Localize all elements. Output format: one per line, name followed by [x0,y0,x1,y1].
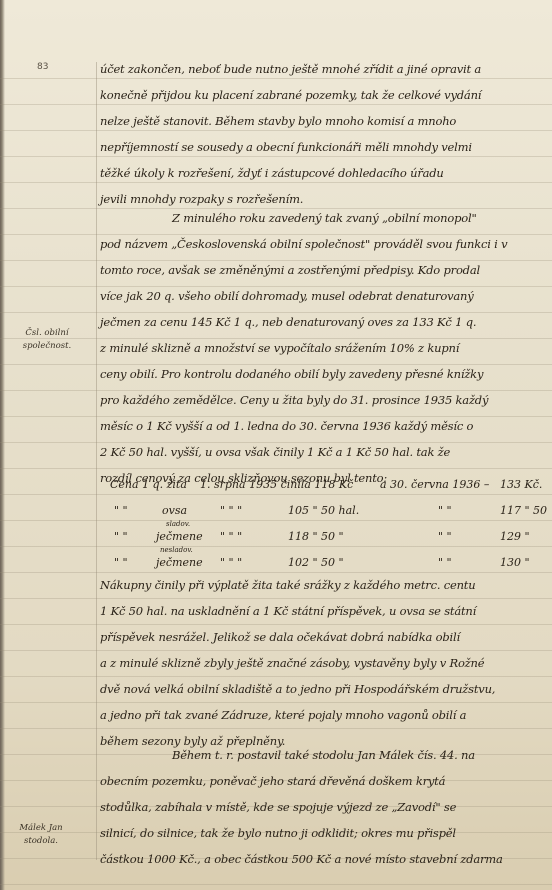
row-note: nesladov. [160,546,193,554]
table-row: Cena 1 q. žita 1. srpna 1935 činila 118 … [100,472,552,498]
text-line: dvě nová velká obilní skladiště a to jed… [100,676,545,702]
text-line: a z minulé sklizně zbyly ještě značné zá… [100,650,545,676]
text-line: Z minulého roku zavedený tak zvaný „obil… [100,205,545,231]
text-line: účet zakončen, neboť bude nutno ještě mn… [100,56,545,82]
row-to-price: 130 " [500,556,530,569]
paragraph-1: účet zakončen, neboť bude nutno ještě mn… [100,56,545,212]
row-item: ovsa [162,504,187,517]
text-line: Během t. r. postavil také stodolu Jan Má… [100,742,545,768]
text-line: nelze ještě stanovit. Během stavby bylo … [100,108,545,134]
text-line: obecním pozemku, poněvač jeho stará dřev… [100,768,545,794]
row-ditto: " " " [220,504,242,517]
text-line: 1 Kč 50 hal. na uskladnění a 1 Kč státní… [100,598,545,624]
text-line: konečně přijdou ku placení zabrané pozem… [100,82,545,108]
row-note: sladov. [166,520,190,528]
text-line: stodůlka, zabíhala v místě, kde se spoju… [100,794,545,820]
text-line: 2 Kč 50 hal. vyšší, u ovsa však činily 1… [100,439,545,465]
row-label: " " [114,530,128,543]
row-to-price: 133 Kč. [500,478,542,491]
row-item: ječmene [156,530,203,543]
row-to-date: " " [438,504,452,517]
text-line: z minulé sklizně a množství se vypočítal… [100,335,545,361]
text-line: ječmen za cenu 145 Kč 1 q., neb denaturo… [100,309,545,335]
text-line: pod názvem „Československá obilní společ… [100,231,545,257]
paragraph-4: Během t. r. postavil také stodolu Jan Má… [100,742,545,872]
text-line: částkou 1000 Kč., a obec částkou 500 Kč … [100,846,545,872]
paragraph-2: Z minulého roku zavedený tak zvaný „obil… [100,205,545,491]
row-to-date: a 30. června 1936 – [380,478,489,491]
margin-note-obilni-spolecnost: Čsl. obilní společnost. [6,327,88,353]
paragraph-3: Nákupny činily při výplatě žita také srá… [100,572,545,754]
handwritten-page: 83 účet zakončen, neboť bude nutno ještě… [0,0,552,890]
text-line: pro každého zemědělce. Ceny u žita byly … [100,387,545,413]
row-label: " " [114,504,128,517]
text-line: nepříjemností se sousedy a obecní funkci… [100,134,545,160]
row-to-date: " " [438,530,452,543]
row-ditto: " " " [220,556,242,569]
text-line: a jedno při tak zvané Zádruze, které poj… [100,702,545,728]
text-line: ceny obilí. Pro kontrolu dodaného obilí … [100,361,545,387]
row-to-date: " " [438,556,452,569]
row-from-price: 102 " 50 " [288,556,344,569]
margin-note-line: stodola. [6,835,76,848]
row-to-price: 129 " [500,530,530,543]
text-line: více jak 20 q. všeho obilí dohromady, mu… [100,283,545,309]
ruled-line [0,884,552,885]
margin-note-line: Málek Jan [6,822,76,835]
text-line: příspěvek nesrážel. Jelikož se dala oček… [100,624,545,650]
page-number: 83 [37,62,48,72]
row-label: " " [114,556,128,569]
text-line: těžké úkoly k rozřešení, ždyť i zástupco… [100,160,545,186]
margin-note-malek-stodola: Málek Jan stodola. [6,822,76,848]
text-line: tomto roce, avšak se změněnými a zostřen… [100,257,545,283]
text-line: měsíc o 1 Kč vyšší a od 1. ledna do 30. … [100,413,545,439]
text-line: silnicí, do silnice, tak že bylo nutno j… [100,820,545,846]
margin-line [96,62,97,860]
margin-note-line: Čsl. obilní [6,327,88,340]
row-from-price: 118 " 50 " [288,530,344,543]
row-item: ječmene [156,556,203,569]
margin-note-line: společnost. [6,340,88,353]
row-to-price: 117 " 50 [500,504,547,517]
row-ditto: " " " [220,530,242,543]
row-from-price: 1. srpna 1935 činila 118 Kč [200,478,353,491]
row-from-price: 105 " 50 hal. [288,504,359,517]
price-table: Cena 1 q. žita 1. srpna 1935 činila 118 … [100,472,552,576]
text-line: Nákupny činily při výplatě žita také srá… [100,572,545,598]
row-label: Cena 1 q. žita [110,478,187,491]
